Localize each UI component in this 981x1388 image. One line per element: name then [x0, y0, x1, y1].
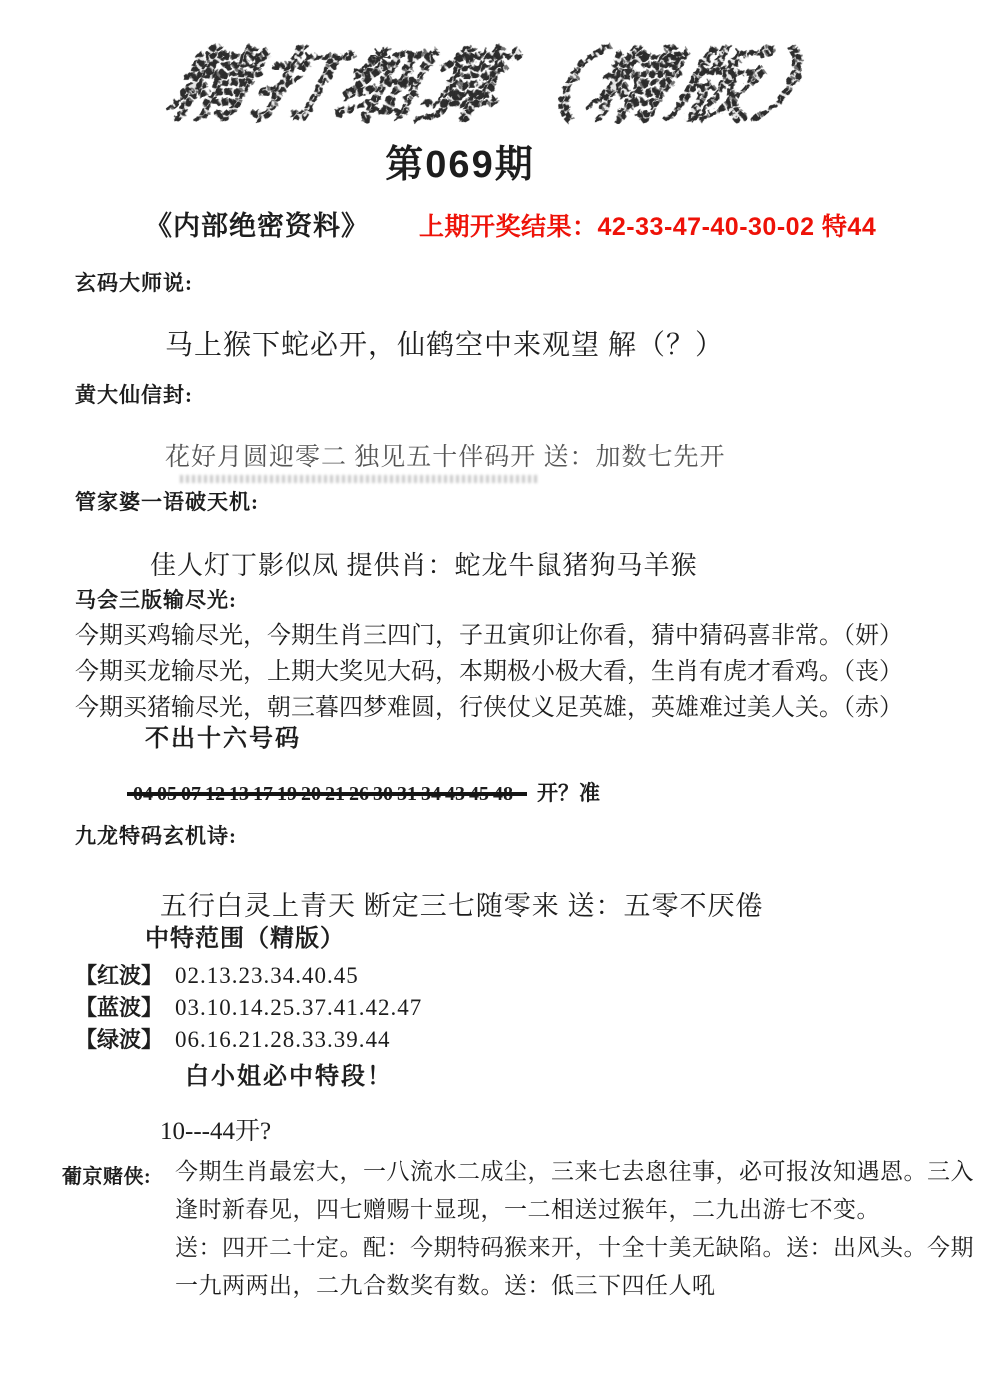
guanjiapo-poem-line: 佳人灯丁影似凤 提供肖：蛇龙牛鼠猪狗马羊猴	[150, 548, 981, 583]
mahui-verse-line: 今期买龙输尽光，上期大奖见大码，本期极小极大看，生肖有虎才看鸡。（丧）	[75, 654, 981, 690]
section-label-mahui: 马会三版输尽光:	[75, 587, 981, 614]
pujing-verse-line: 逢时新春见，四七赠赐十显现，一二相送过猴年，二九出游七不变。	[175, 1191, 974, 1229]
jiulong-poem-line: 五行白灵上青天 断定三七随零来 送：五零不厌倦	[160, 888, 981, 924]
pujing-verse-line: 一九两两出，二九合数奖有数。送：低三下四任人吼	[175, 1267, 974, 1305]
wave-row-green: 【绿波】 06.16.21.28.33.39.44	[75, 1025, 981, 1057]
source-label: 《内部绝密资料》	[145, 208, 369, 244]
mahui-verse-line: 今期买鸡输尽光，今期生肖三四门，子丑寅卯让你看，猜中猜码喜非常。（妍）	[75, 618, 981, 654]
wave-numbers: 03.10.14.25.37.41.42.47	[175, 995, 422, 1020]
excluded-numbers-row: 04 05 07 12 13 17 19 20 21 26 30 31 34 4…	[133, 779, 981, 810]
section-label-jiulong: 九龙特码玄机诗:	[75, 822, 981, 850]
logo-title-echo: 精打细算（精版）	[159, 39, 840, 132]
special-range-line: 10---44开?	[160, 1117, 981, 1147]
masthead-logo: 精打细算（精版） 精打细算（精版） ✳	[140, 26, 840, 142]
mahui-verse-block: 今期买鸡输尽光，今期生肖三四门，子丑寅卯让你看，猜中猜码喜非常。（妍） 今期买龙…	[75, 618, 981, 726]
lottery-tip-sheet: 精打细算（精版） 精打细算（精版） ✳ 第069期 《内部绝密资料》 上期开奖结…	[0, 0, 981, 1388]
excluded-count-note: 不出十六号码	[145, 726, 981, 753]
verdict-text: 开？准	[537, 781, 600, 805]
section-label-pujing: 葡京赌侠:	[62, 1153, 175, 1189]
section-label-xuanma: 玄码大师说:	[75, 269, 981, 297]
wave-row-red: 【红波】 02.13.23.34.40.45	[75, 961, 981, 993]
pujing-verse-line: 今期生肖最宏大，一八流水二成尘，三来七去恖往事，必可报汝知遇恩。三入	[175, 1153, 974, 1191]
pujing-section: 葡京赌侠: 今期生肖最宏大，一八流水二成尘，三来七去恖往事，必可报汝知遇恩。三入…	[62, 1153, 981, 1305]
baixiaojie-heading: 白小姐必中特段！	[185, 1063, 981, 1091]
wave-name: 【绿波】	[75, 1027, 163, 1052]
huangdaxian-poem-line: 花好月圆迎零二 独见五十伴码开 送：加数七先开	[165, 441, 981, 475]
section-label-zhongte: 中特范围（精版）	[145, 926, 981, 953]
wave-name: 【红波】	[75, 963, 163, 988]
wave-row-blue: 【蓝波】 03.10.14.25.37.41.42.47	[75, 993, 981, 1025]
section-label-huangdaxian: 黄大仙信封:	[75, 381, 981, 409]
wave-numbers: 02.13.23.34.40.45	[175, 963, 359, 988]
wave-numbers: 06.16.21.28.33.39.44	[175, 1027, 391, 1052]
xuanma-poem-line: 马上猴下蛇必开，仙鹤空中来观望 解（？）	[165, 327, 981, 365]
excluded-numbers: 04 05 07 12 13 17 19 20 21 26 30 31 34 4…	[133, 780, 513, 808]
pujing-verse-line: 送：四开二十定。配：今期特码猴来开，十全十美无缺陷。送：出风头。今期	[175, 1229, 974, 1267]
issue-number: 第069期	[0, 142, 920, 188]
pujing-verse-block: 今期生肖最宏大，一八流水二成尘，三来七去恖往事，必可报汝知遇恩。三入 逢时新春见…	[175, 1153, 974, 1305]
wave-list: 【红波】 02.13.23.34.40.45 【蓝波】 03.10.14.25.…	[75, 961, 981, 1057]
last-draw-result: 上期开奖结果：42-33-47-40-30-02 特44	[419, 209, 876, 245]
header-row: 《内部绝密资料》 上期开奖结果：42-33-47-40-30-02 特44	[145, 208, 981, 245]
section-label-guanjiapo: 管家婆一语破天机:	[75, 488, 981, 516]
print-smudge-artifact	[180, 475, 540, 483]
mahui-verse-line: 今期买猪输尽光，朝三暮四梦难圆，行侠仗义足英雄，英雄难过美人关。（赤）	[75, 690, 981, 726]
masthead-logo-canvas: 精打细算（精版） 精打细算（精版） ✳	[140, 26, 840, 142]
wave-name: 【蓝波】	[75, 995, 163, 1020]
